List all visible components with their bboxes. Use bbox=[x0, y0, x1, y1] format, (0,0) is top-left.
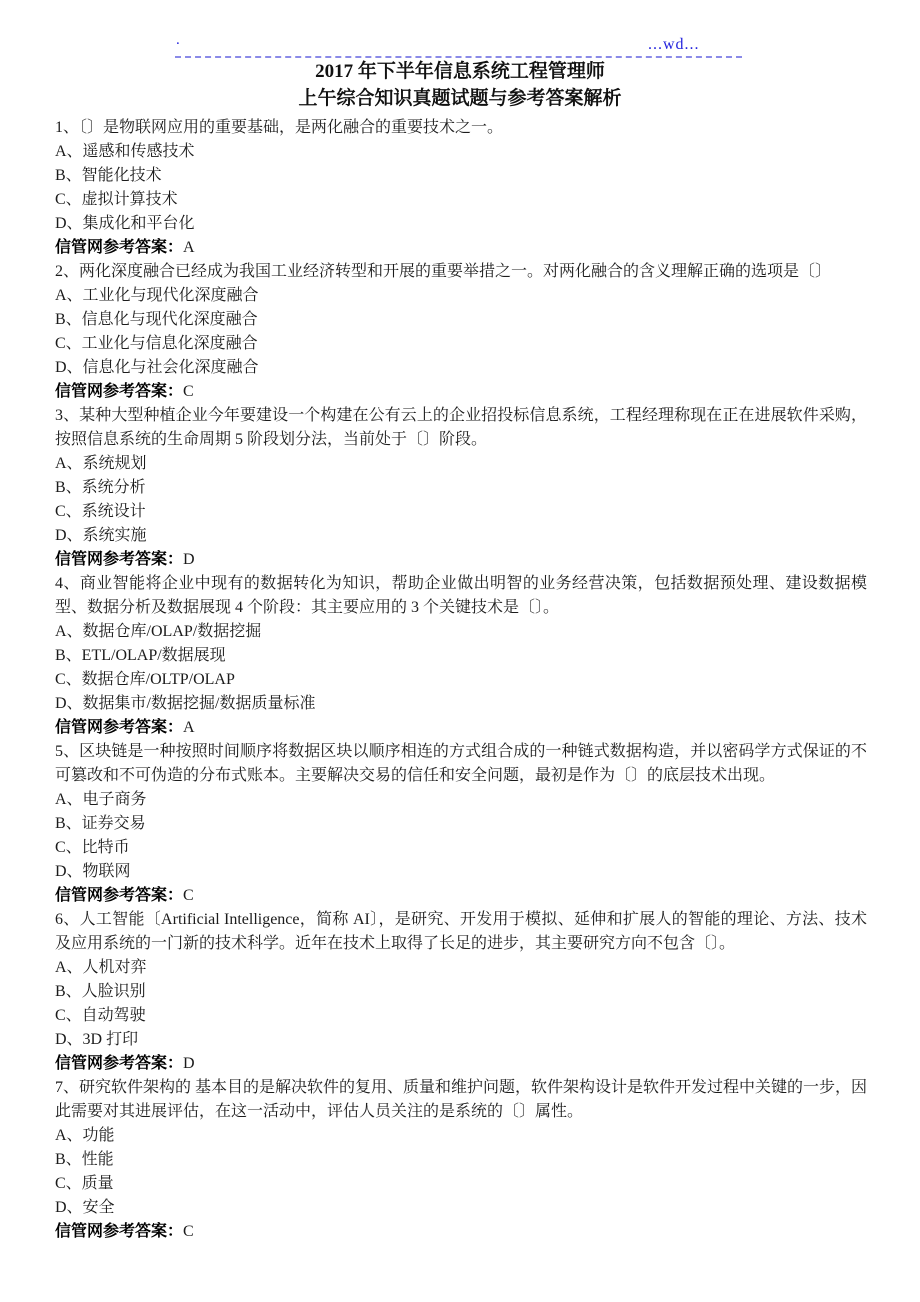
question-text: 1、〔〕是物联网应用的重要基础，是两化融合的重要技术之一。 bbox=[55, 116, 867, 140]
answer-label: 信管网参考答案： bbox=[55, 887, 183, 904]
question-block: 4、商业智能将企业中现有的数据转化为知识，帮助企业做出明智的业务经营决策，包括数… bbox=[55, 572, 867, 740]
option-item: A、遥感和传感技术 bbox=[55, 140, 867, 164]
option-item: C、自动驾驶 bbox=[55, 1004, 867, 1028]
answer-label: 信管网参考答案： bbox=[55, 239, 183, 256]
question-block: 3、某种大型种植企业今年要建设一个构建在公有云上的企业招投标信息系统，工程经理称… bbox=[55, 404, 867, 572]
answer-value: D bbox=[183, 1055, 195, 1072]
answer-line: 信管网参考答案：C bbox=[55, 884, 867, 908]
option-item: C、质量 bbox=[55, 1172, 867, 1196]
question-block: 2、两化深度融合已经成为我国工业经济转型和开展的重要举措之一。对两化融合的含义理… bbox=[55, 260, 867, 404]
option-item: A、数据仓库/OLAP/数据挖掘 bbox=[55, 620, 867, 644]
question-text: 5、区块链是一种按照时间顺序将数据区块以顺序相连的方式组合成的一种链式数据构造，… bbox=[55, 740, 867, 788]
option-item: B、人脸识别 bbox=[55, 980, 867, 1004]
question-block: 6、人工智能〔Artificial Intelligence，简称 AI〕，是研… bbox=[55, 908, 867, 1076]
questions-list: 1、〔〕是物联网应用的重要基础，是两化融合的重要技术之一。 A、遥感和传感技术 … bbox=[55, 116, 867, 1244]
answer-label: 信管网参考答案： bbox=[55, 1055, 183, 1072]
answer-line: 信管网参考答案：C bbox=[55, 1220, 867, 1244]
option-item: D、3D 打印 bbox=[55, 1028, 867, 1052]
option-item: C、数据仓库/OLTP/OLAP bbox=[55, 668, 867, 692]
option-item: B、系统分析 bbox=[55, 476, 867, 500]
option-item: C、工业化与信息化深度融合 bbox=[55, 332, 867, 356]
option-item: A、人机对弈 bbox=[55, 956, 867, 980]
answer-value: C bbox=[183, 1223, 194, 1240]
question-text: 2、两化深度融合已经成为我国工业经济转型和开展的重要举措之一。对两化融合的含义理… bbox=[55, 260, 867, 284]
question-text: 7、研究软件架构的 基本目的是解决软件的复用、质量和维护问题，软件架构设计是软件… bbox=[55, 1076, 867, 1124]
answer-line: 信管网参考答案：A bbox=[55, 716, 867, 740]
option-item: B、性能 bbox=[55, 1148, 867, 1172]
doc-title-line2: 上午综合知识真题试题与参考答案解析 bbox=[0, 85, 920, 112]
answer-value: A bbox=[183, 719, 195, 736]
option-item: C、系统设计 bbox=[55, 500, 867, 524]
question-block: 5、区块链是一种按照时间顺序将数据区块以顺序相连的方式组合成的一种链式数据构造，… bbox=[55, 740, 867, 908]
option-item: D、信息化与社会化深度融合 bbox=[55, 356, 867, 380]
option-item: D、安全 bbox=[55, 1196, 867, 1220]
option-item: D、集成化和平台化 bbox=[55, 212, 867, 236]
answer-line: 信管网参考答案：C bbox=[55, 380, 867, 404]
option-item: B、信息化与现代化深度融合 bbox=[55, 308, 867, 332]
answer-value: C bbox=[183, 887, 194, 904]
question-block: 1、〔〕是物联网应用的重要基础，是两化融合的重要技术之一。 A、遥感和传感技术 … bbox=[55, 116, 867, 260]
answer-line: 信管网参考答案：D bbox=[55, 1052, 867, 1076]
answer-label: 信管网参考答案： bbox=[55, 719, 183, 736]
answer-value: A bbox=[183, 239, 195, 256]
option-item: D、物联网 bbox=[55, 860, 867, 884]
option-item: A、电子商务 bbox=[55, 788, 867, 812]
answer-value: C bbox=[183, 383, 194, 400]
answer-line: 信管网参考答案：A bbox=[55, 236, 867, 260]
option-item: C、比特币 bbox=[55, 836, 867, 860]
option-item: D、系统实施 bbox=[55, 524, 867, 548]
doc-title-line1: 2017 年下半年信息系统工程管理师 bbox=[0, 58, 920, 85]
option-item: D、数据集市/数据挖掘/数据质量标准 bbox=[55, 692, 867, 716]
answer-label: 信管网参考答案： bbox=[55, 1223, 183, 1240]
answer-value: D bbox=[183, 551, 195, 568]
option-item: B、智能化技术 bbox=[55, 164, 867, 188]
question-text: 4、商业智能将企业中现有的数据转化为知识，帮助企业做出明智的业务经营决策，包括数… bbox=[55, 572, 867, 620]
document-page: . ...wd... 2017 年下半年信息系统工程管理师 上午综合知识真题试题… bbox=[0, 0, 920, 1302]
answer-label: 信管网参考答案： bbox=[55, 383, 183, 400]
option-item: A、系统规划 bbox=[55, 452, 867, 476]
answer-line: 信管网参考答案：D bbox=[55, 548, 867, 572]
watermark-wd-text: ...wd... bbox=[648, 36, 700, 54]
question-text: 3、某种大型种植企业今年要建设一个构建在公有云上的企业招投标信息系统，工程经理称… bbox=[55, 404, 867, 452]
option-item: B、ETL/OLAP/数据展现 bbox=[55, 644, 867, 668]
answer-label: 信管网参考答案： bbox=[55, 551, 183, 568]
question-text: 6、人工智能〔Artificial Intelligence，简称 AI〕，是研… bbox=[55, 908, 867, 956]
option-item: B、证券交易 bbox=[55, 812, 867, 836]
option-item: A、工业化与现代化深度融合 bbox=[55, 284, 867, 308]
option-item: A、功能 bbox=[55, 1124, 867, 1148]
question-block: 7、研究软件架构的 基本目的是解决软件的复用、质量和维护问题，软件架构设计是软件… bbox=[55, 1076, 867, 1244]
option-item: C、虚拟计算技术 bbox=[55, 188, 867, 212]
